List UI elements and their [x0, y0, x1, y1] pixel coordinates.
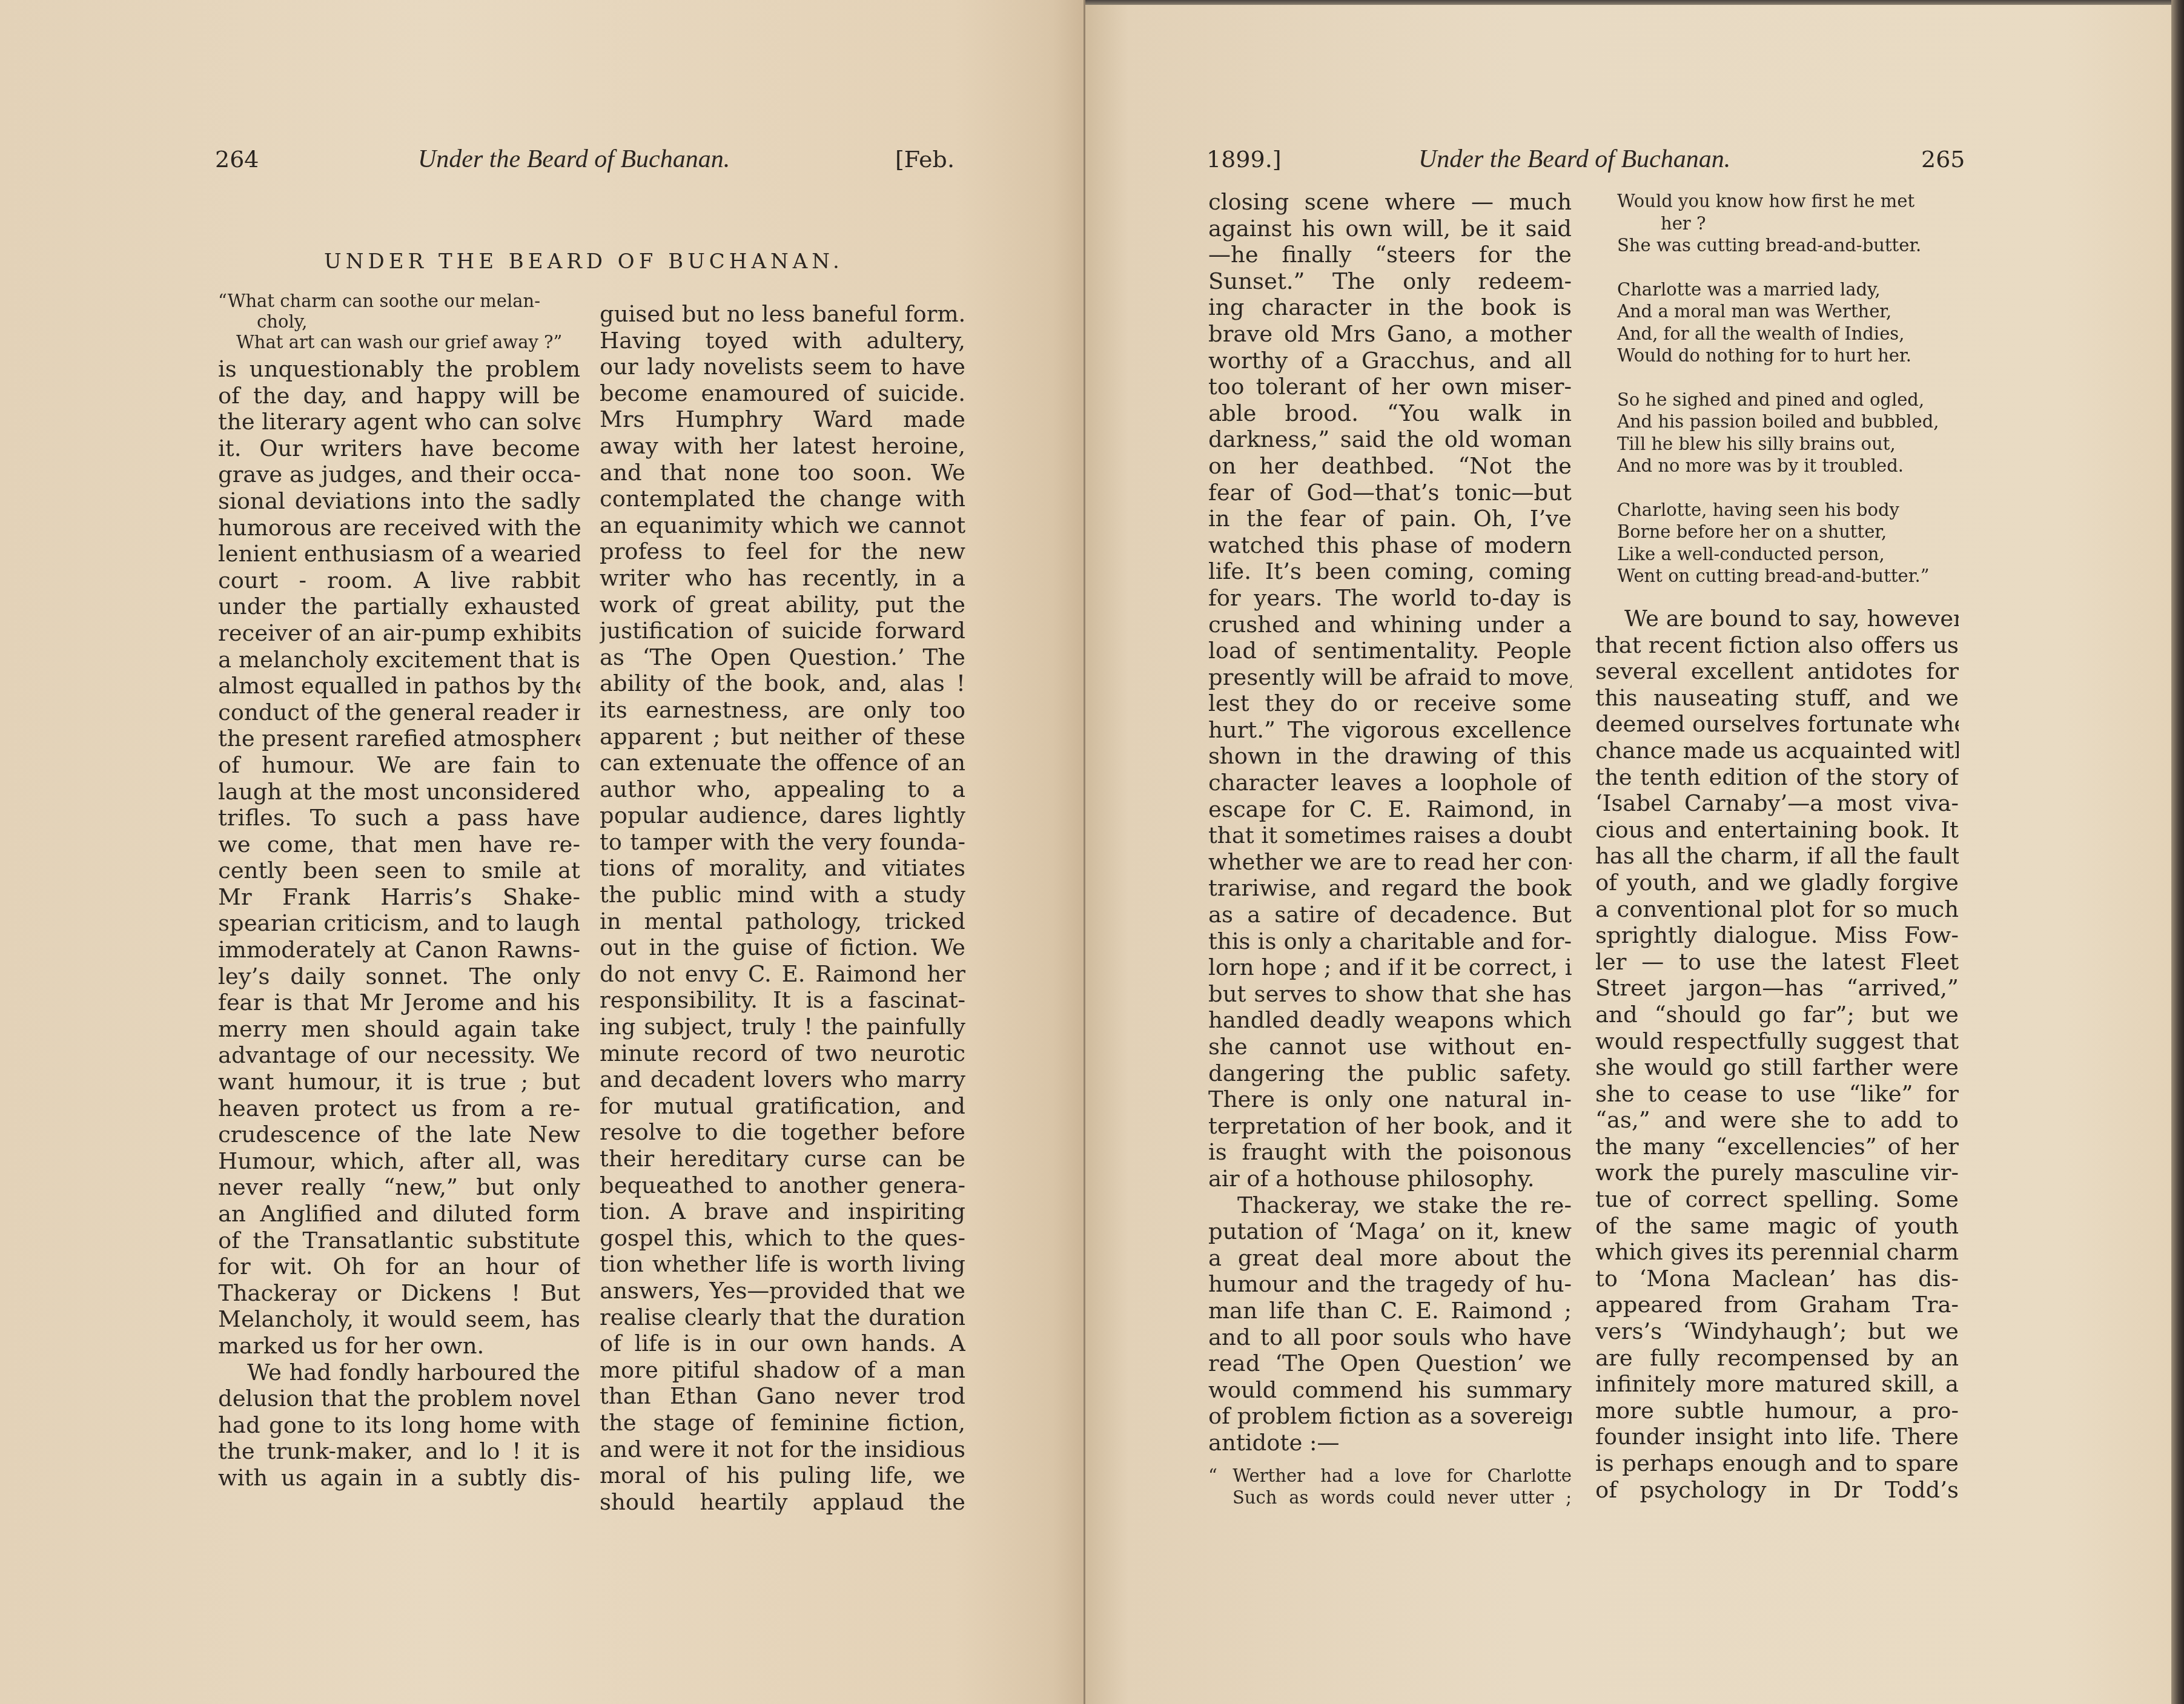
- text-line: of problem fiction as a sovereign: [1208, 1403, 1572, 1430]
- text-line: to ‘Mona Maclean’ has dis-: [1595, 1266, 1959, 1292]
- text-line: their hereditary curse can be: [600, 1146, 965, 1172]
- text-line: ler — to use the latest Fleet: [1595, 949, 1959, 976]
- text-line: darkness,” said the old woman: [1208, 426, 1572, 453]
- right-running-head: 1899.] Under the Beard of Buchanan. 265: [1085, 144, 2173, 174]
- text-line: crushed and whining under a: [1208, 612, 1572, 638]
- text-line: deemed ourselves fortunate when: [1595, 711, 1959, 738]
- text-line: whether we are to read her con-: [1208, 849, 1572, 876]
- text-line: and were it not for the insidious: [600, 1436, 965, 1463]
- text-line: ley’s daily sonnet. The only: [218, 963, 580, 990]
- right-column-1: closing scene where — muchagainst his ow…: [1208, 189, 1572, 1508]
- text-line: as ‘The Open Question.’ The: [600, 644, 965, 671]
- left-column-1-body: is unquestionably the problemof the day,…: [218, 356, 580, 1491]
- text-line: had gone to its long home with: [218, 1412, 580, 1439]
- verse-stanza: So he sighed and pined and ogled,And his…: [1617, 389, 1968, 477]
- text-line: responsibility. It is a fascinat-: [600, 987, 965, 1014]
- text-line: that recent fiction also offers us: [1595, 632, 1959, 659]
- text-line: resolve to die together before: [600, 1119, 965, 1146]
- text-line: for years. The world to-day is: [1208, 585, 1572, 612]
- top-page-edge: [1085, 0, 2184, 5]
- text-line: We had fondly harboured the: [218, 1359, 580, 1386]
- text-line: receiver of an air-pump exhibits: [218, 620, 580, 647]
- werther-verse: Would you know how first he mether ?She …: [1617, 190, 1968, 609]
- text-line: Sunset.” The only redeem-: [1208, 268, 1572, 295]
- text-line: There is only one natural in-: [1208, 1086, 1572, 1113]
- text-line: on her deathbed. “Not the: [1208, 453, 1572, 480]
- text-line: against his own will, be it said: [1208, 216, 1572, 242]
- text-line: of the Transatlantic substitute: [218, 1227, 580, 1254]
- text-line: with us again in a subtly dis-: [218, 1465, 580, 1491]
- text-line: minute record of two neurotic: [600, 1040, 965, 1067]
- text-line: the tenth edition of the story of: [1595, 764, 1959, 791]
- left-page-number: 264: [215, 144, 259, 174]
- text-line: to tamper with the very founda-: [600, 829, 965, 856]
- text-line: bequeathed to another genera-: [600, 1172, 965, 1199]
- text-line: the many “excellencies” of her: [1595, 1134, 1959, 1160]
- text-line: lorn hope ; and if it be correct, it: [1208, 954, 1572, 981]
- text-line: a melancholy excitement that is: [218, 647, 580, 673]
- text-line: are fully recompensed by an: [1595, 1345, 1959, 1372]
- right-column-1-body: closing scene where — muchagainst his ow…: [1208, 189, 1572, 1456]
- text-line: justification of suicide forward: [600, 618, 965, 644]
- text-line: can extenuate the offence of an: [600, 750, 965, 776]
- text-line: contemplated the change with: [600, 486, 965, 512]
- text-line: and decadent lovers who marry: [600, 1066, 965, 1093]
- text-line: merry men should again take: [218, 1016, 580, 1043]
- text-line: able brood. “You walk in: [1208, 400, 1572, 427]
- text-line: marked us for her own.: [218, 1333, 580, 1359]
- left-column-1: “What charm can soothe our melan- choly,…: [218, 291, 580, 1491]
- text-line: would respectfully suggest that: [1595, 1028, 1959, 1055]
- text-line: popular audience, dares lightly: [600, 802, 965, 829]
- article-title: UNDER THE BEARD OF BUCHANAN.: [324, 247, 869, 276]
- verse-line: Charlotte was a married lady,: [1617, 279, 1968, 301]
- left-running-date: [Feb.: [895, 144, 955, 174]
- text-line: fear is that Mr Jerome and his: [218, 989, 580, 1016]
- text-line: shown in the drawing of this: [1208, 743, 1572, 770]
- text-line: advantage of our necessity. We: [218, 1042, 580, 1069]
- text-line: in the fear of pain. Oh, I’ve: [1208, 506, 1572, 532]
- text-line: lest they do or receive some: [1208, 690, 1572, 717]
- left-column-2: guised but no less baneful form.Having t…: [600, 301, 965, 1515]
- gutter-crease: [1084, 0, 1085, 1704]
- text-line: humour and the tragedy of hu-: [1208, 1271, 1572, 1298]
- text-line: in mental pathology, tricked: [600, 908, 965, 935]
- epigraph-line: choly,: [218, 311, 580, 332]
- right-running-title: Under the Beard of Buchanan.: [1418, 144, 1730, 174]
- text-line: delusion that the problem novel: [218, 1385, 580, 1412]
- text-line: and “should go far”; but we: [1595, 1002, 1959, 1028]
- text-line: away with her latest heroine,: [600, 433, 965, 460]
- text-line: never really “new,” but only: [218, 1174, 580, 1201]
- verse-line: Charlotte, having seen his body: [1617, 499, 1968, 521]
- text-line: its earnestness, are only too: [600, 697, 965, 724]
- verse-line: She was cutting bread-and-butter.: [1617, 234, 1968, 257]
- text-line: we come, that men have re-: [218, 831, 580, 858]
- verse-line: So he sighed and pined and ogled,: [1617, 389, 1968, 411]
- text-line: a conventional plot for so much: [1595, 896, 1959, 923]
- text-line: of life is in our own hands. A: [600, 1330, 965, 1357]
- right-page-edge: [2171, 0, 2184, 1704]
- text-line: that it sometimes raises a doubt: [1208, 822, 1572, 849]
- text-line: chance made us acquainted with: [1595, 738, 1959, 764]
- text-line: the public mind with a study: [600, 882, 965, 908]
- text-line: answers, Yes—provided that we: [600, 1278, 965, 1304]
- text-line: she cannot use without en-: [1208, 1034, 1572, 1060]
- verse-line: And his passion boiled and bubbled,: [1617, 411, 1968, 433]
- text-line: do not envy C. E. Raimond her: [600, 961, 965, 988]
- verse-stanzas: Would you know how first he mether ?She …: [1617, 190, 1968, 587]
- text-line: tions of morality, and vitiates: [600, 855, 965, 882]
- text-line: an Anglified and diluted form: [218, 1201, 580, 1227]
- text-line: gospel this, which to the ques-: [600, 1225, 965, 1252]
- text-line: as a satire of decadence. But: [1208, 902, 1572, 928]
- text-line: tion whether life is worth living: [600, 1251, 965, 1278]
- text-line: laugh at the most unconsidered: [218, 779, 580, 805]
- text-line: escape for C. E. Raimond, in: [1208, 796, 1572, 823]
- text-line: more pitiful shadow of a man: [600, 1357, 965, 1384]
- text-line: antidote :—: [1208, 1430, 1572, 1456]
- text-line: the trunk-maker, and lo ! it is: [218, 1438, 580, 1465]
- text-line: spearian criticism, and to laugh: [218, 910, 580, 937]
- text-line: fear of God—that’s tonic—but: [1208, 480, 1572, 506]
- text-line: than Ethan Gano never trod: [600, 1383, 965, 1410]
- text-line: a great deal more about the: [1208, 1245, 1572, 1272]
- text-line: of youth, and we gladly forgive: [1595, 870, 1959, 896]
- text-line: Street jargon—has “arrived,”: [1595, 975, 1959, 1002]
- text-line: too tolerant of her own miser-: [1208, 374, 1572, 400]
- text-line: would commend his summary: [1208, 1377, 1572, 1404]
- text-line: conduct of the general reader in: [218, 699, 580, 726]
- text-line: she to cease to use “like” for: [1595, 1081, 1959, 1108]
- text-line: dangering the public safety.: [1208, 1060, 1572, 1087]
- verse-line: Went on cutting bread-and-butter.”: [1617, 565, 1968, 587]
- text-line: “as,” and were she to add to: [1595, 1107, 1959, 1134]
- verse-line: And no more was by it troubled.: [1617, 455, 1968, 477]
- text-line: —he finally “steers for the: [1208, 242, 1572, 268]
- text-line: tue of correct spelling. Some: [1595, 1186, 1959, 1213]
- text-line: and that none too soon. We: [600, 460, 965, 486]
- text-line: of psychology in Dr Todd’s: [1595, 1477, 1959, 1504]
- text-line: profess to feel for the new: [600, 538, 965, 565]
- text-line: infinitely more matured skill, a: [1595, 1371, 1959, 1398]
- text-line: work the purely masculine vir-: [1595, 1160, 1959, 1186]
- text-line: out in the guise of fiction. We: [600, 934, 965, 961]
- werther-verse-start: “ Werther had a love for Charlotte Such …: [1208, 1465, 1572, 1508]
- text-line: brave old Mrs Gano, a mother: [1208, 321, 1572, 348]
- text-line: guised but no less baneful form.: [600, 301, 965, 328]
- text-line: the stage of feminine fiction,: [600, 1410, 965, 1436]
- text-line: lenient enthusiasm of a wearied: [218, 541, 580, 567]
- text-line: sional deviations into the sadly: [218, 488, 580, 515]
- text-line: man life than C. E. Raimond ;: [1208, 1298, 1572, 1324]
- book-spread: 264 Under the Beard of Buchanan. [Feb. U…: [0, 0, 2184, 1704]
- text-line: Humour, which, after all, was: [218, 1148, 580, 1175]
- epigraph: “What charm can soothe our melan- choly,…: [218, 291, 580, 352]
- text-line: Thackeray, we stake the re-: [1208, 1192, 1572, 1219]
- text-line: handled deadly weapons which: [1208, 1007, 1572, 1034]
- verse-line: Would do nothing for to hurt her.: [1617, 345, 1968, 367]
- verse-line: And, for all the wealth of Indies,: [1617, 323, 1968, 345]
- text-line: for mutual gratification, and: [600, 1093, 965, 1120]
- text-line: moral of his puling life, we: [600, 1462, 965, 1489]
- text-line: has all the charm, if all the faults,: [1595, 843, 1959, 870]
- text-line: immoderately at Canon Rawns-: [218, 937, 580, 963]
- verse-line: Would you know how first he met: [1617, 190, 1968, 213]
- text-line: should heartily applaud the: [600, 1489, 965, 1516]
- text-line: Thackeray or Dickens ! But: [218, 1280, 580, 1307]
- text-line: more subtle humour, a pro-: [1595, 1398, 1959, 1424]
- text-line: want humour, it is true ; but: [218, 1069, 580, 1095]
- text-line: apparent ; but neither of these: [600, 724, 965, 750]
- text-line: the literary agent who can solve: [218, 409, 580, 435]
- verse-stanza: Charlotte was a married lady,And a moral…: [1617, 279, 1968, 367]
- text-line: closing scene where — much: [1208, 189, 1572, 216]
- text-line: character leaves a loophole of: [1208, 770, 1572, 796]
- text-line: terpretation of her book, and it: [1208, 1113, 1572, 1140]
- text-line: is perhaps enough and to spare: [1595, 1450, 1959, 1477]
- verse-stanza: Would you know how first he mether ?She …: [1617, 190, 1968, 257]
- text-line: ing subject, truly ! the painfully: [600, 1014, 965, 1040]
- text-line: life. It’s been coming, coming: [1208, 558, 1572, 585]
- text-line: it. Our writers have become: [218, 435, 580, 462]
- verse-line: Like a well-conducted person,: [1617, 543, 1968, 566]
- text-line: worthy of a Gracchus, and all: [1208, 348, 1572, 374]
- text-line: appeared from Graham Tra-: [1595, 1292, 1959, 1318]
- text-line: grave as judges, and their occa-: [218, 461, 580, 488]
- verse-stanza: Charlotte, having seen his bodyBorne bef…: [1617, 499, 1968, 587]
- text-line: cious and entertaining book. It: [1595, 817, 1959, 844]
- verse-line: her ?: [1617, 213, 1968, 235]
- text-line: sprightly dialogue. Miss Fow-: [1595, 922, 1959, 949]
- text-line: she would go still farther were: [1595, 1054, 1959, 1081]
- text-line: realise clearly that the duration: [600, 1304, 965, 1331]
- text-line: work of great ability, put the: [600, 592, 965, 618]
- text-line: for wit. Oh for an hour of: [218, 1253, 580, 1280]
- right-page-number: 265: [1921, 144, 1965, 174]
- verse-line: Such as words could never utter ;: [1208, 1487, 1572, 1508]
- text-line: founder insight into life. There: [1595, 1424, 1959, 1450]
- text-line: and to all poor souls who have: [1208, 1324, 1572, 1351]
- text-line: Mr Frank Harris’s Shake-: [218, 884, 580, 911]
- text-line: almost equalled in pathos by the: [218, 673, 580, 699]
- text-line: ability of the book, and, alas !: [600, 670, 965, 697]
- text-line: of humour. We are fain to: [218, 752, 580, 779]
- text-line: author who, appealing to a: [600, 776, 965, 803]
- epigraph-line: “What charm can soothe our melan-: [218, 291, 580, 311]
- text-line: humorous are received with the: [218, 515, 580, 541]
- text-line: heaven protect us from a re-: [218, 1095, 580, 1122]
- text-line: under the partially exhausted: [218, 593, 580, 620]
- left-column-2-body: guised but no less baneful form.Having t…: [600, 301, 965, 1515]
- right-column-2-body: We are bound to say, however,that recent…: [1595, 606, 1959, 1503]
- text-line: which gives its perennial charm: [1595, 1239, 1959, 1266]
- text-line: writer who has recently, in a: [600, 565, 965, 592]
- verse-line: “ Werther had a love for Charlotte: [1208, 1465, 1572, 1487]
- right-running-date: 1899.]: [1206, 144, 1282, 174]
- text-line: an equanimity which we cannot: [600, 512, 965, 539]
- text-line: of the same magic of youth: [1595, 1213, 1959, 1240]
- text-line: of the day, and happy will be: [218, 383, 580, 409]
- text-line: putation of ‘Maga’ on it, knew: [1208, 1218, 1572, 1245]
- text-line: several excellent antidotes for: [1595, 658, 1959, 685]
- left-running-title: Under the Beard of Buchanan.: [418, 144, 730, 174]
- text-line: ing character in the book is: [1208, 294, 1572, 321]
- text-line: this nauseating stuff, and we: [1595, 685, 1959, 712]
- verse-line: Till he blew his silly brains out,: [1617, 433, 1968, 455]
- text-line: read ‘The Open Question’ we: [1208, 1350, 1572, 1377]
- text-line: load of sentimentality. People: [1208, 638, 1572, 664]
- text-line: air of a hothouse philosophy.: [1208, 1166, 1572, 1192]
- text-line: hurt.” The vigorous excellence: [1208, 717, 1572, 744]
- right-column-2: We are bound to say, however,that recent…: [1595, 606, 1959, 1503]
- text-line: our lady novelists seem to have: [600, 354, 965, 380]
- left-running-head: 264 Under the Beard of Buchanan. [Feb.: [0, 144, 1085, 174]
- text-line: We are bound to say, however,: [1595, 606, 1959, 632]
- verse-line: And a moral man was Werther,: [1617, 300, 1968, 323]
- epigraph-line: What art can wash our grief away ?”: [218, 332, 580, 352]
- text-line: watched this phase of modern: [1208, 532, 1572, 559]
- text-line: the present rarefied atmosphere: [218, 725, 580, 752]
- text-line: Having toyed with adultery,: [600, 328, 965, 354]
- text-line: become enamoured of suicide.: [600, 380, 965, 407]
- text-line: this is only a charitable and for-: [1208, 928, 1572, 955]
- text-line: trifles. To such a pass have: [218, 805, 580, 831]
- text-line: court - room. A live rabbit: [218, 567, 580, 594]
- verse-line: Borne before her on a shutter,: [1617, 521, 1968, 543]
- text-line: presently will be afraid to move,: [1208, 664, 1572, 691]
- text-line: trariwise, and regard the book: [1208, 875, 1572, 902]
- text-line: Melancholy, it would seem, has: [218, 1306, 580, 1333]
- text-line: vers’s ‘Windyhaugh’; but we: [1595, 1318, 1959, 1345]
- text-line: is fraught with the poisonous: [1208, 1139, 1572, 1166]
- text-line: tion. A brave and inspiriting: [600, 1198, 965, 1225]
- text-line: crudescence of the late New: [218, 1121, 580, 1148]
- text-line: but serves to show that she has: [1208, 981, 1572, 1008]
- text-line: cently been seen to smile at: [218, 857, 580, 884]
- text-line: Mrs Humphry Ward made: [600, 406, 965, 433]
- text-line: ‘Isabel Carnaby’—a most viva-: [1595, 790, 1959, 817]
- text-line: is unquestionably the problem: [218, 356, 580, 383]
